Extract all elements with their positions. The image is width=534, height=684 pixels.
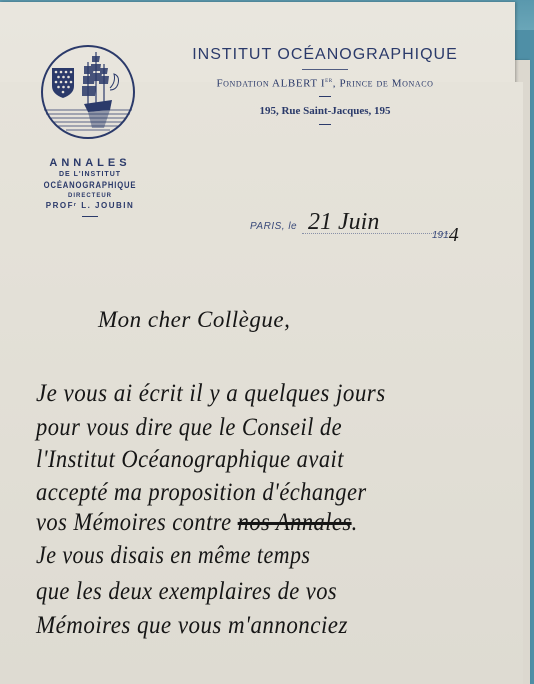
letter-line: Je vous disais en même temps	[36, 542, 310, 570]
ship-and-shield-emblem-icon	[40, 44, 136, 140]
foundation-superscript: er	[325, 76, 333, 84]
divider	[302, 69, 348, 70]
letter-line: pour vous dire que le Conseil de	[36, 414, 342, 442]
foundation-line: Fondation ALBERT Ier, Prince de Monaco	[180, 76, 470, 90]
letter-line: vos Mémoires contre nos Annales.	[36, 509, 358, 537]
letter-line: l'Institut Océanographique avait	[36, 446, 344, 474]
letter-line: Je vous ai écrit il y a quelques jours	[36, 380, 386, 408]
foundation-suffix: , Prince de Monaco	[333, 78, 434, 90]
letter-line: que les deux exemplaires de vos	[36, 578, 337, 606]
annales-subtitle: DE L'INSTITUT	[30, 171, 150, 178]
dateline: PARIS, le 21 Juin 1914	[250, 215, 480, 245]
printed-city: PARIS, le	[250, 221, 297, 232]
year: 1914	[432, 221, 459, 244]
letter-line: Mémoires que vous m'annonciez	[36, 612, 348, 640]
annales-title: ANNALES	[30, 157, 150, 169]
letter-line-text: vos Mémoires contre	[36, 509, 238, 536]
divider	[319, 124, 331, 125]
divider	[82, 216, 98, 217]
line-end-punctuation: .	[352, 509, 358, 536]
letterhead: INSTITUT OCÉANOGRAPHIQUE Fondation ALBER…	[180, 46, 470, 125]
handwritten-year-digit: 4	[449, 224, 459, 246]
annales-subject: OCÉANOGRAPHIQUE	[39, 180, 141, 190]
struck-text: nos Annales	[238, 509, 352, 536]
divider	[319, 96, 331, 97]
director-name: PROFʳ L. JOUBIN	[30, 201, 150, 210]
handwritten-date: 21 Juin	[308, 209, 379, 236]
director-label: DIRECTEUR	[30, 193, 150, 199]
letter-line: accepté ma proposition d'échanger	[36, 479, 367, 507]
printed-year: 191	[432, 230, 449, 241]
letter-sheet: ANNALES DE L'INSTITUT OCÉANOGRAPHIQUE DI…	[0, 2, 515, 684]
salutation: Mon cher Collègue,	[98, 307, 290, 333]
foundation-prefix: Fondation ALBERT I	[216, 78, 325, 90]
annales-block: ANNALES DE L'INSTITUT OCÉANOGRAPHIQUE DI…	[30, 157, 150, 217]
address: 195, Rue Saint-Jacques, 195	[180, 105, 470, 117]
institution-name: INSTITUT OCÉANOGRAPHIQUE	[180, 46, 470, 64]
